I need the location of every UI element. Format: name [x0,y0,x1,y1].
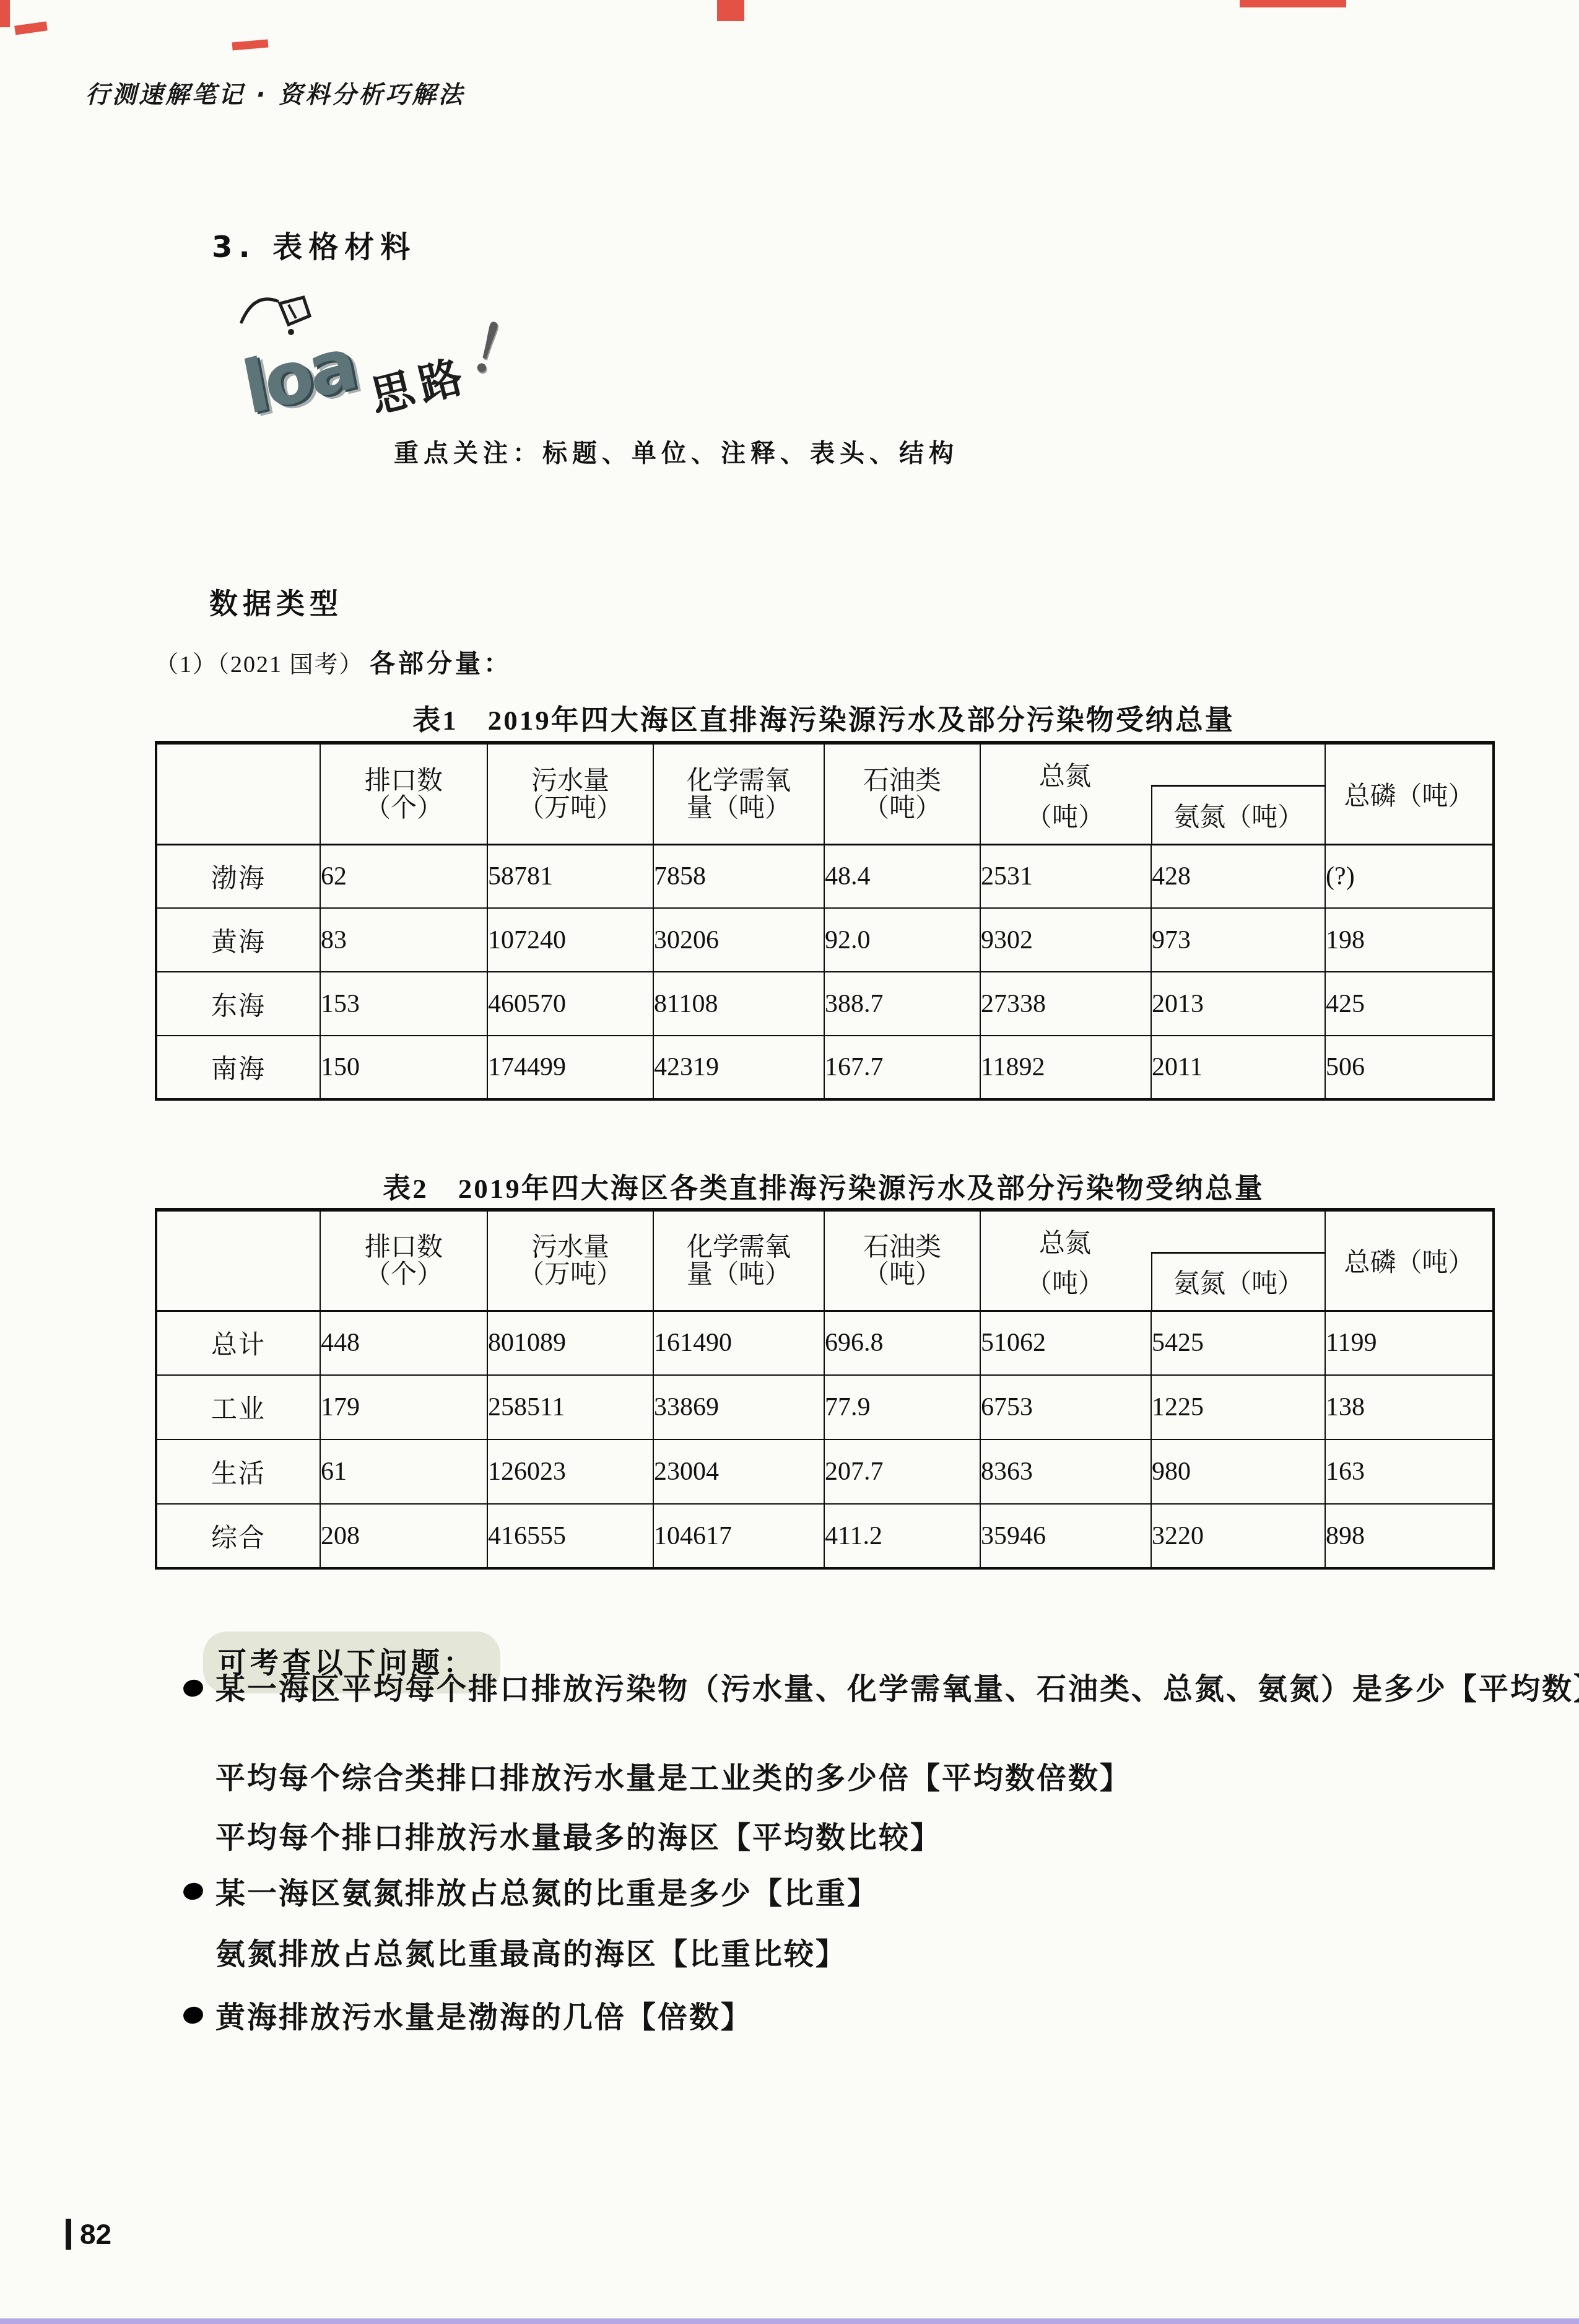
col-header-total-phosphorus: 总磷（吨） [1325,743,1494,844]
bullet-icon [182,2005,205,2025]
col-header-sewage: 污水量（万吨） [487,743,653,844]
item-prefix: （1）（2021 国考） [155,652,364,678]
col-header-total-nitrogen: 总氮 （吨） 氨氮（吨） [980,1210,1325,1311]
question-item: 黄海排放污水量是渤海的几倍【倍数】 [215,1993,752,2036]
question-item: 某一海区氨氮排放占总氮的比重是多少【比重】 [215,1869,879,1912]
scan-red-mark [232,39,269,50]
question-item: 平均每个排口排放污水量最多的海区【平均数比较】 [215,1814,942,1856]
scan-red-mark [0,0,10,27]
corner-cell [156,1210,320,1311]
table1-header-row: 排口数（个） 污水量（万吨） 化学需氧量（吨） 石油类（吨） 总氮 （吨） 氨氮… [156,743,1494,844]
table-row: 南海 150 174499 42319 167.7 11892 2011 506 [156,1036,1494,1099]
col-header-sewage: 污水量（万吨） [487,1210,653,1311]
item-line: （1）（2021 国考） 各部分量： [155,643,512,679]
col-header-cod: 化学需氧量（吨） [653,743,824,844]
table-row: 黄海 83 107240 30206 92.0 9302 973 198 [156,908,1494,972]
focus-note: 重点关注：标题、单位、注释、表头、结构 [394,434,959,469]
table2-header-row: 排口数（个） 污水量（万吨） 化学需氧量（吨） 石油类（吨） 总氮 （吨） 氨氮… [156,1210,1494,1311]
page-number-bar [66,2219,71,2250]
item-label: 各部分量： [370,649,512,678]
question-item: 氨氮排放占总氮比重最高的海区【比重比较】 [215,1930,847,1973]
table-row: 生活 61 126023 23004 207.7 8363 980 163 [156,1439,1494,1504]
table-row: 总计 448 801089 161490 696.8 51062 5425 11… [156,1311,1494,1375]
bullet-icon [182,1678,205,1698]
book-running-header: 行测速解笔记 · 资料分析巧解法 [85,76,465,110]
table1-title: 表1 2019年四大海区直排海污染源污水及部分污染物受纳总量 [155,697,1492,738]
question-item: 某一海区平均每个排口排放污染物（污水量、化学需氧量、石油类、总氮、氨氮）是多少【… [215,1665,1579,1708]
col-header-outlets: 排口数（个） [320,743,487,844]
question-item: 平均每个综合类排口排放污水量是工业类的多少倍【平均数倍数】 [215,1754,1131,1797]
col-header-oil: 石油类（吨） [824,1210,980,1311]
table1: 排口数（个） 污水量（万吨） 化学需氧量（吨） 石油类（吨） 总氮 （吨） 氨氮… [155,741,1495,1101]
logo-text: 思路 [363,341,474,426]
col-header-total-phosphorus: 总磷（吨） [1325,1210,1494,1311]
col-header-oil: 石油类（吨） [824,743,980,844]
corner-cell [156,743,320,844]
scan-red-mark [1240,0,1346,7]
col-header-ammonia: 氨氮（吨） [1151,785,1325,843]
bullet-icon [182,1881,205,1902]
section-title: 3. 表格材料 [212,223,416,266]
col-header-ammonia: 氨氮（吨） [1151,1252,1325,1310]
col-header-total-nitrogen: 总氮 （吨） 氨氮（吨） [980,743,1325,844]
col-header-cod: 化学需氧量（吨） [653,1210,824,1311]
page-number: 82 [66,2217,111,2251]
table2-title: 表2 2019年四大海区各类直排海污染源污水及部分污染物受纳总量 [155,1166,1492,1206]
scan-bottom-strip [0,2318,1579,2324]
table-row: 综合 208 416555 104617 411.2 35946 3220 89… [156,1504,1494,1568]
table-row: 渤海 62 58781 7858 48.4 2531 428 (?) [156,844,1494,908]
table-row: 东海 153 460570 81108 388.7 27338 2013 425 [156,972,1494,1036]
table2: 排口数（个） 污水量（万吨） 化学需氧量（吨） 石油类（吨） 总氮 （吨） 氨氮… [155,1208,1495,1570]
scanned-book-page: 行测速解笔记 · 资料分析巧解法 3. 表格材料 loa 思路 ！ 重点关注：标… [0,0,1579,2324]
table-row: 工业 179 258511 33869 77.9 6753 1225 138 [156,1375,1494,1439]
data-type-heading: 数据类型 [209,581,343,622]
exclamation-icon: ！ [460,295,547,403]
scan-red-mark [717,0,744,21]
col-header-outlets: 排口数（个） [320,1210,487,1311]
scan-red-mark [14,21,48,35]
